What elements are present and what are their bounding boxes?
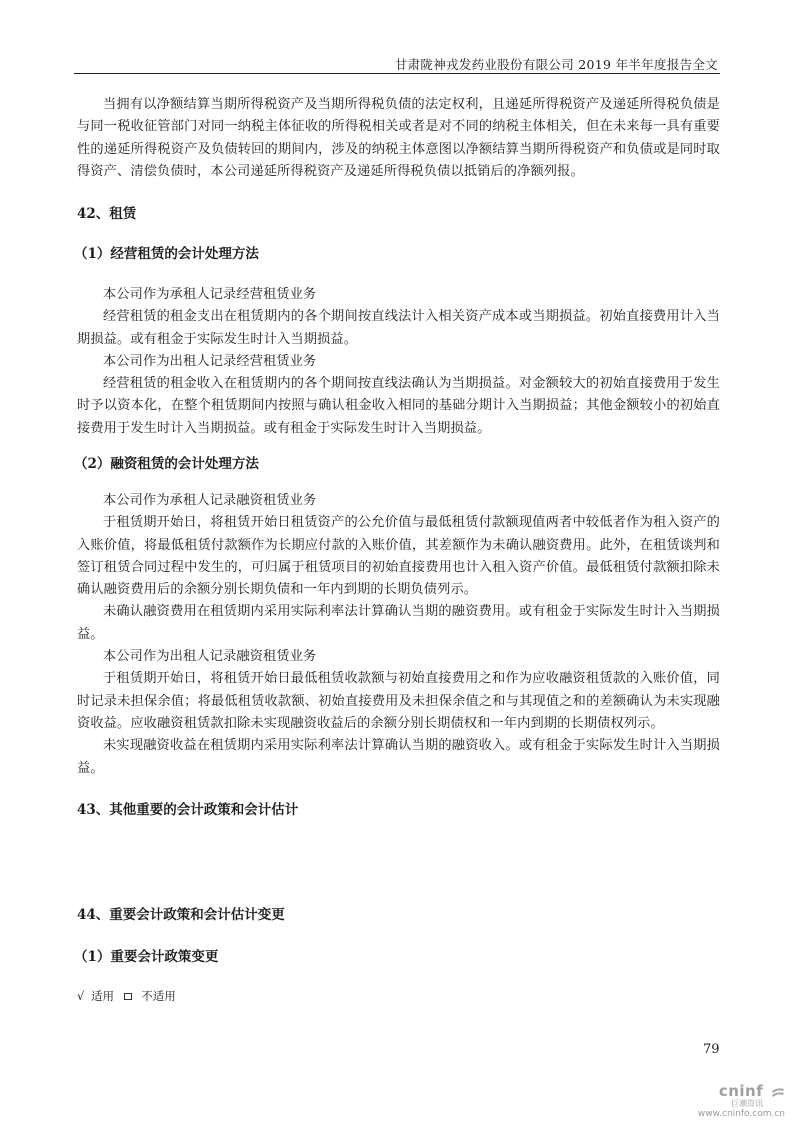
lessor-operating-heading: 本公司作为出租人记录经营租赁业务	[77, 351, 720, 373]
applicable-option: 适用	[91, 989, 114, 1003]
lessor-finance-text: 于租赁期开始日，将租赁开始日最低租赁收款额与初始直接费用之和作为应收融资租赁款的…	[77, 668, 720, 735]
lessee-finance-heading: 本公司作为承租人记录融资租赁业务	[77, 490, 720, 512]
lessee-operating-heading: 本公司作为承租人记录经营租赁业务	[77, 284, 720, 306]
empty-checkbox-icon	[124, 993, 132, 1000]
section-44-1-title: （1）重要会计政策变更	[74, 945, 218, 965]
section-42-1-title: （1）经营租赁的会计处理方法	[74, 242, 259, 262]
operating-lease-block: 本公司作为承租人记录经营租赁业务 经营租赁的租金支出在租赁期内的各个期间按直线法…	[77, 284, 720, 440]
page-header: 甘肃陇神戎发药业股份有限公司 2019 年半年度报告全文	[74, 54, 720, 74]
unrealized-finance-income-text: 未实现融资收益在租赁期内采用实际利率法计算确认当期的融资收入。或有租金于实际发生…	[77, 735, 720, 780]
intro-paragraph-block: 当拥有以净额结算当期所得税资产及当期所得税负债的法定权利，且递延所得税资产及递延…	[77, 94, 720, 183]
lessor-operating-text: 经营租赁的租金收入在租赁期内的各个期间按直线法确认为当期损益。对金额较大的初始直…	[77, 373, 720, 440]
lessee-operating-text: 经营租赁的租金支出在租赁期内的各个期间按直线法计入相关资产成本或当期损益。初始直…	[77, 306, 720, 351]
applicability-options: √ 适用 不适用	[77, 988, 176, 1004]
logo-swoosh-icon	[771, 1087, 785, 1097]
logo-brand: cninf	[698, 1084, 785, 1099]
logo-chinese: 巨潮资讯	[698, 1099, 763, 1109]
not-applicable-option: 不适用	[141, 989, 176, 1003]
section-42-title: 42、租赁	[77, 202, 136, 222]
section-43-title: 43、其他重要的会计政策和会计估计	[77, 798, 298, 818]
unrecognized-finance-cost-text: 未确认融资费用在租赁期内采用实际利率法计算确认当期的融资费用。或有租金于实际发生…	[77, 601, 720, 646]
cninfo-logo: cninf 巨潮资讯 www.cninfo.com.cn	[698, 1084, 785, 1119]
check-mark-icon: √	[77, 989, 84, 1003]
logo-brand-text: cninf	[719, 1082, 763, 1100]
section-42-2-title: （2）融资租赁的会计处理方法	[74, 452, 259, 472]
lessee-finance-text: 于租赁期开始日，将租赁开始日租赁资产的公允价值与最低租赁付款额现值两者中较低者作…	[77, 512, 720, 601]
page-number: 79	[703, 1042, 720, 1057]
lessor-finance-heading: 本公司作为出租人记录融资租赁业务	[77, 646, 720, 668]
finance-lease-block: 本公司作为承租人记录融资租赁业务 于租赁期开始日，将租赁开始日租赁资产的公允价值…	[77, 490, 720, 780]
logo-url: www.cninfo.com.cn	[698, 1109, 785, 1119]
header-title: 甘肃陇神戎发药业股份有限公司 2019 年半年度报告全文	[395, 55, 718, 73]
intro-paragraph: 当拥有以净额结算当期所得税资产及当期所得税负债的法定权利，且递延所得税资产及递延…	[77, 94, 720, 183]
section-44-title: 44、重要会计政策和会计估计变更	[77, 903, 285, 923]
